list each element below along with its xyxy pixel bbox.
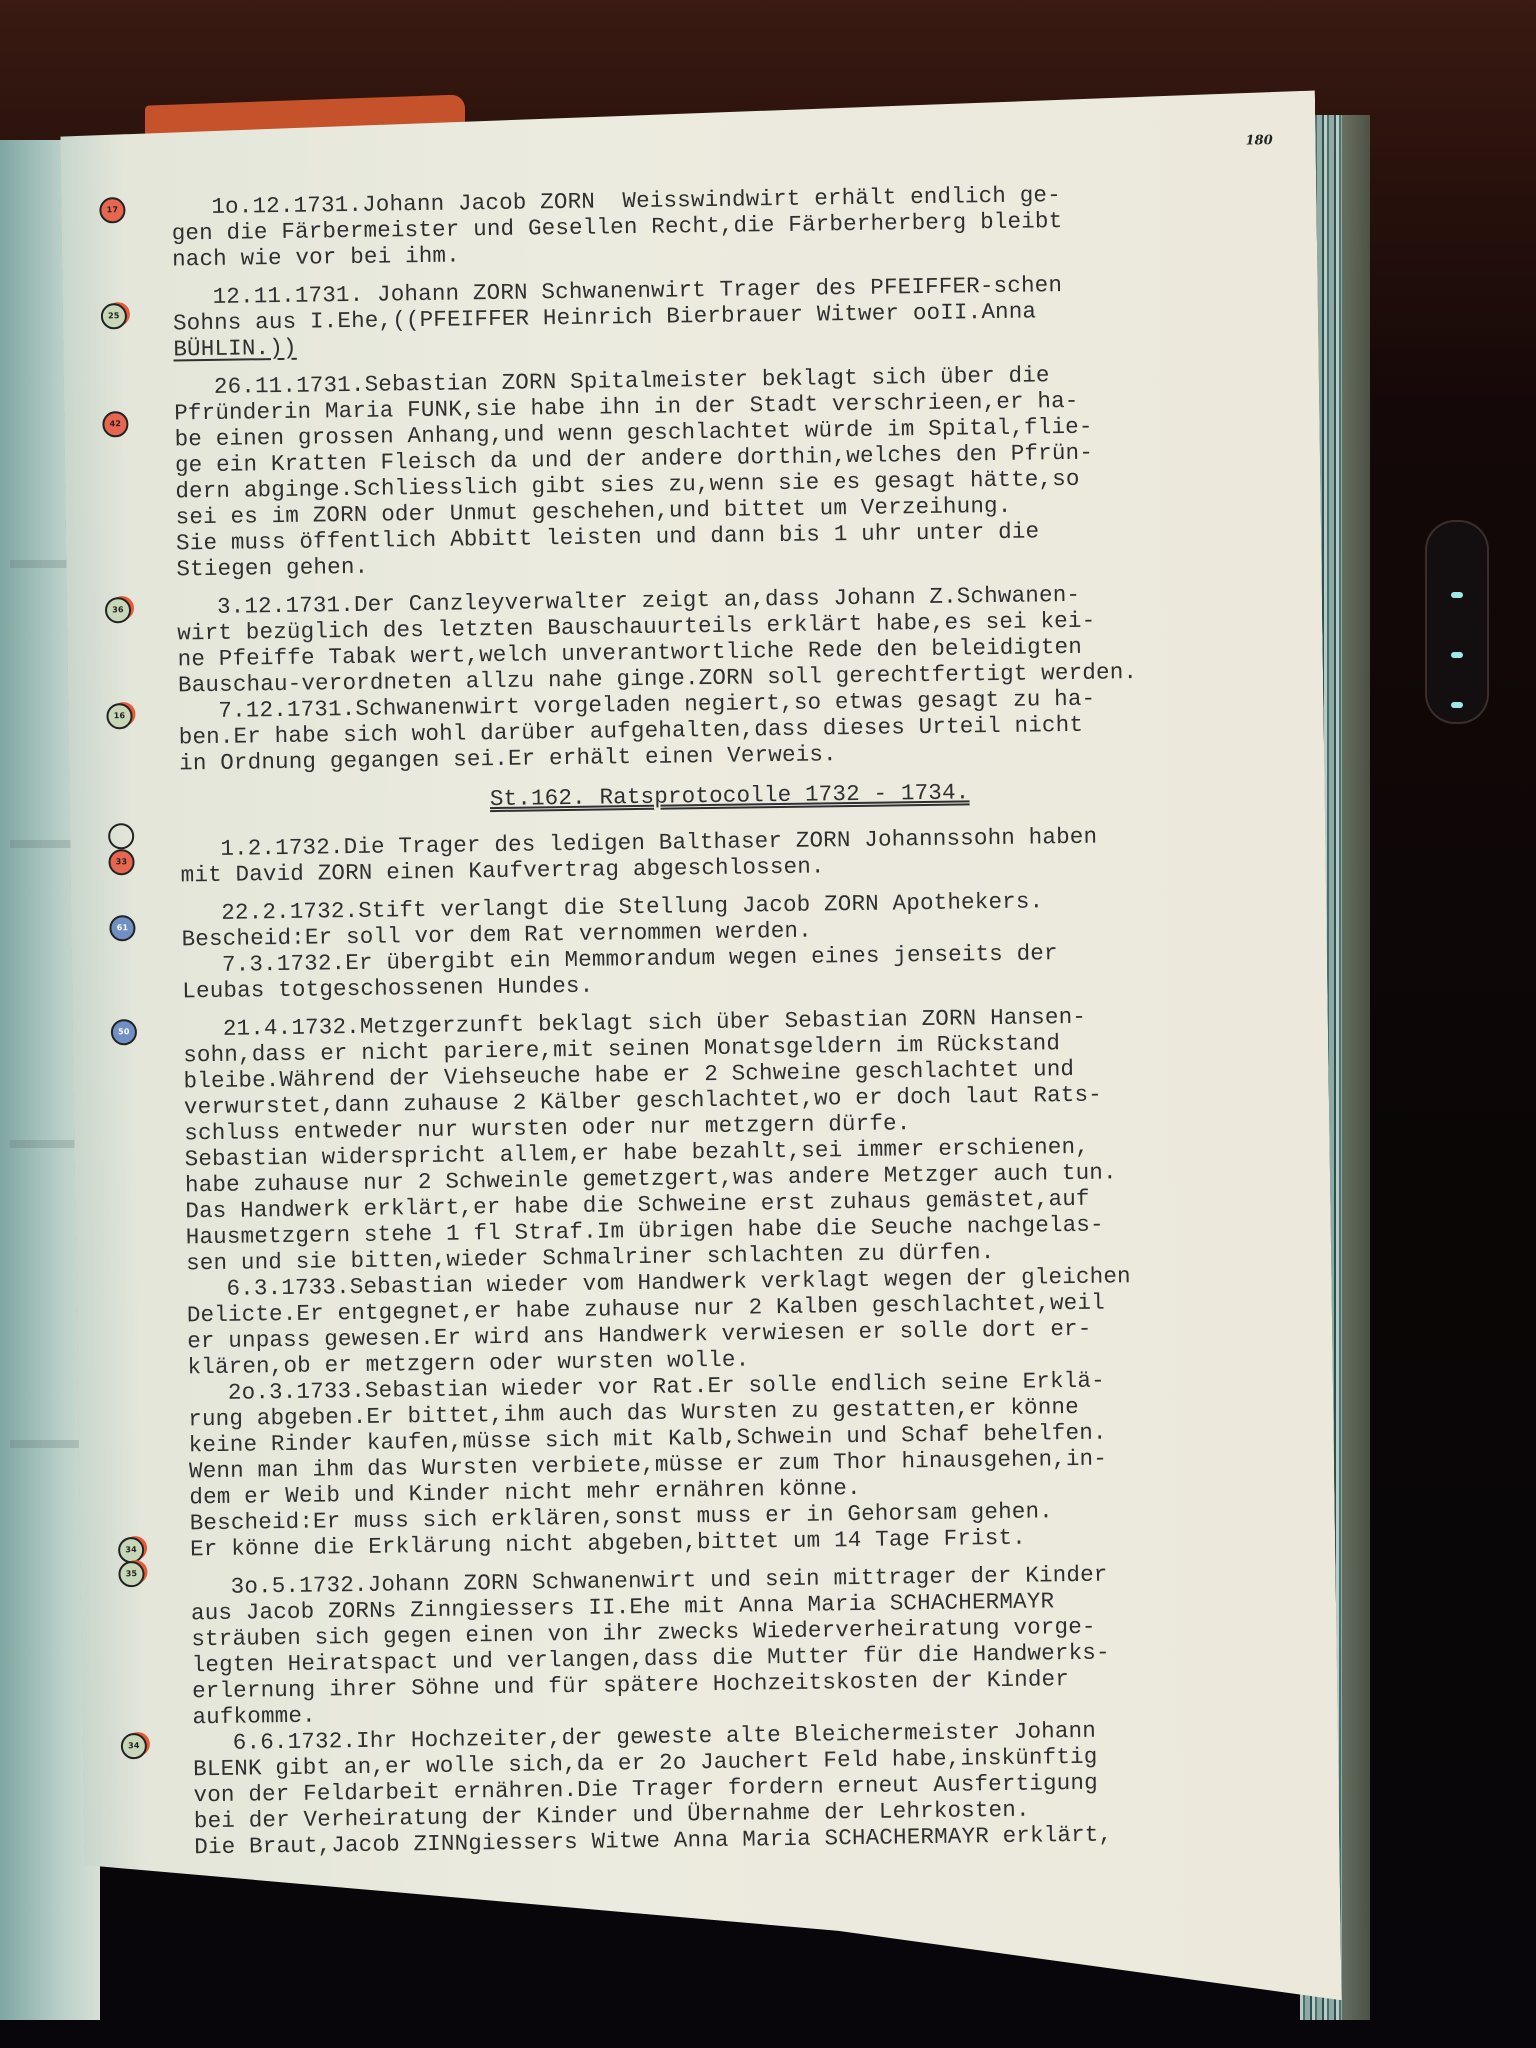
entry-1732-05-30: 35 34 3o.5.1732.Johann ZORN Schwanenwirt…: [190, 1559, 1294, 1860]
margin-marker: 42: [102, 411, 128, 437]
entry-1731-12-03: 36 16 3.12.1731.Der Canzleyverwalter zei…: [177, 579, 1279, 776]
margin-marker: 35: [118, 1561, 144, 1587]
margin-marker: 36: [105, 597, 131, 623]
margin-marker: 50: [111, 1019, 137, 1045]
entry-1732-02-01: 33 1.2.1732.Die Trager des ledigen Balth…: [180, 821, 1281, 888]
margin-marker: 34: [118, 1537, 144, 1563]
entry-1732-02-22: 61 22.2.1732.Stift verlangt die Stellung…: [181, 885, 1282, 1004]
margin-marker: 25: [101, 303, 127, 329]
margin-marker: 34: [121, 1733, 147, 1759]
margin-marker: 33: [108, 849, 134, 875]
margin-marker: [108, 823, 134, 849]
entry-1731-12-10: 17 1o.12.1731.Johann Jacob ZORN Weisswin…: [171, 179, 1272, 272]
entry-1731-11-12: 25 12.11.1731. Johann ZORN Schwanenwirt …: [172, 269, 1273, 362]
document-page: 180 17 1o.12.1731.Johann Jacob ZORN Weis…: [60, 90, 1342, 2017]
page-content: 17 1o.12.1731.Johann Jacob ZORN Weisswin…: [171, 179, 1294, 1872]
margin-marker: 17: [99, 197, 125, 223]
entry-1731-11-26: 42 26.11.1731.Sebastian ZORN Spitalmeist…: [174, 359, 1277, 582]
margin-marker: 61: [109, 915, 135, 941]
section-heading: St.162. Ratsprotocolle 1732 - 1734.: [180, 775, 1280, 816]
background-clip: [1425, 520, 1489, 724]
margin-marker: 16: [106, 703, 132, 729]
entry-1732-04-21: 50 34 21.4.1732.Metzgerzunft beklagt sic…: [183, 1001, 1291, 1562]
page-number: 180: [1245, 133, 1272, 148]
